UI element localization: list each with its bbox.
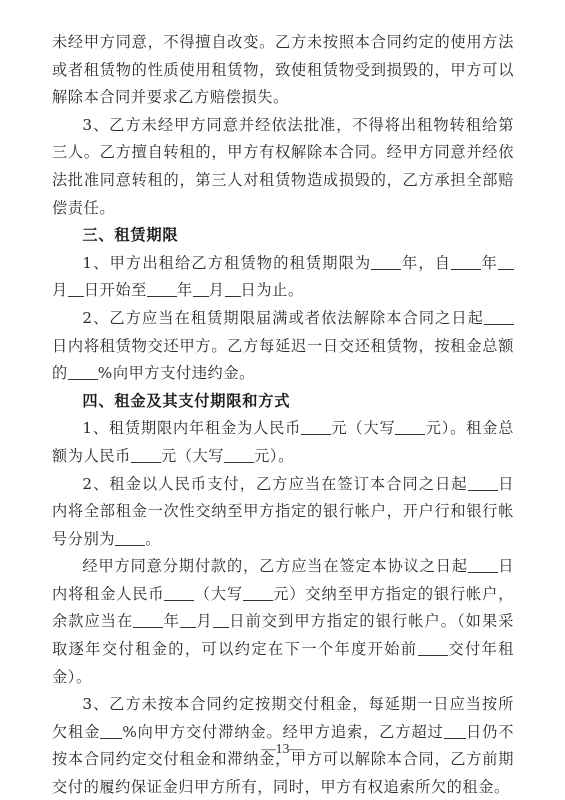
section-heading-rent-payment: 四、租金及其支付期限和方式: [52, 388, 514, 416]
blank-field-installment-words[interactable]: [243, 585, 273, 601]
blank-field-total-rent[interactable]: [131, 447, 161, 463]
paragraph-use-restriction: 未经甲方同意，不得擅自改变。乙方未按照本合同约定的使用方法或者租赁物的性质使用租…: [52, 29, 514, 112]
blank-field-start-month[interactable]: [498, 254, 514, 270]
blank-field-bank-account[interactable]: [115, 530, 145, 546]
document-body: 未经甲方同意，不得擅自改变。乙方未按照本合同约定的使用方法或者租赁物的性质使用租…: [52, 29, 514, 800]
blank-field-start-year[interactable]: [451, 254, 481, 270]
blank-field-late-fee-percent[interactable]: [100, 723, 122, 739]
paragraph-lease-term-2: 2、乙方应当在租赁期限届满或者依法解除本合同之日起日内将租赁物交还甲方。乙方每延…: [52, 305, 514, 388]
page-number: —13—: [0, 742, 565, 758]
blank-field-annual-rent-words[interactable]: [395, 419, 425, 435]
paragraph-text: 未经甲方同意，不得擅自改变。乙方未按照本合同约定的使用方法或者租赁物的性质使用租…: [52, 33, 514, 106]
section-heading-lease-term: 三、租赁期限: [52, 222, 514, 250]
paragraph-installment: 经甲方同意分期付款的，乙方应当在签定本协议之日起日内将租金人民币（大写元）交纳至…: [52, 553, 514, 691]
blank-field-payment-days[interactable]: [468, 474, 498, 490]
blank-field-annual-rent[interactable]: [301, 419, 331, 435]
paragraph-sublease: 3、乙方未经甲方同意并经依法批准，不得将出租物转租给第三人。乙方擅自转租的，甲方…: [52, 112, 514, 222]
blank-field-total-rent-words[interactable]: [224, 447, 254, 463]
blank-field-end-month[interactable]: [193, 281, 209, 297]
blank-field-end-year[interactable]: [147, 281, 177, 297]
blank-field-years[interactable]: [371, 254, 401, 270]
paragraph-text: 3、乙方未经甲方同意并经依法批准，不得将出租物转租给第三人。乙方擅自转租的，甲方…: [52, 116, 514, 217]
paragraph-rent-1: 1、租赁期限内年租金为人民币元（大写元）。租金总额为人民币元（大写元）。: [52, 415, 514, 470]
blank-field-end-day[interactable]: [225, 281, 241, 297]
blank-field-overdue-days[interactable]: [444, 723, 466, 739]
document-page: 未经甲方同意，不得擅自改变。乙方未按照本合同约定的使用方法或者租赁物的性质使用租…: [0, 0, 565, 800]
blank-field-return-days[interactable]: [484, 309, 514, 325]
blank-field-balance-month[interactable]: [180, 612, 196, 628]
blank-field-installment-amount[interactable]: [164, 585, 194, 601]
paragraph-rent-2: 2、租金以人民币支付，乙方应当在签订本合同之日起日内将全部租金一次性交纳至甲方指…: [52, 471, 514, 554]
blank-field-start-day[interactable]: [68, 281, 84, 297]
blank-field-balance-year[interactable]: [133, 612, 163, 628]
blank-field-balance-day[interactable]: [213, 612, 229, 628]
blank-field-penalty-percent[interactable]: [68, 364, 98, 380]
blank-field-installment-days[interactable]: [468, 557, 498, 573]
blank-field-annual-deadline[interactable]: [418, 640, 448, 656]
paragraph-lease-term-1: 1、甲方出租给乙方租赁物的租赁期限为年，自年月日开始至年月日为止。: [52, 250, 514, 305]
